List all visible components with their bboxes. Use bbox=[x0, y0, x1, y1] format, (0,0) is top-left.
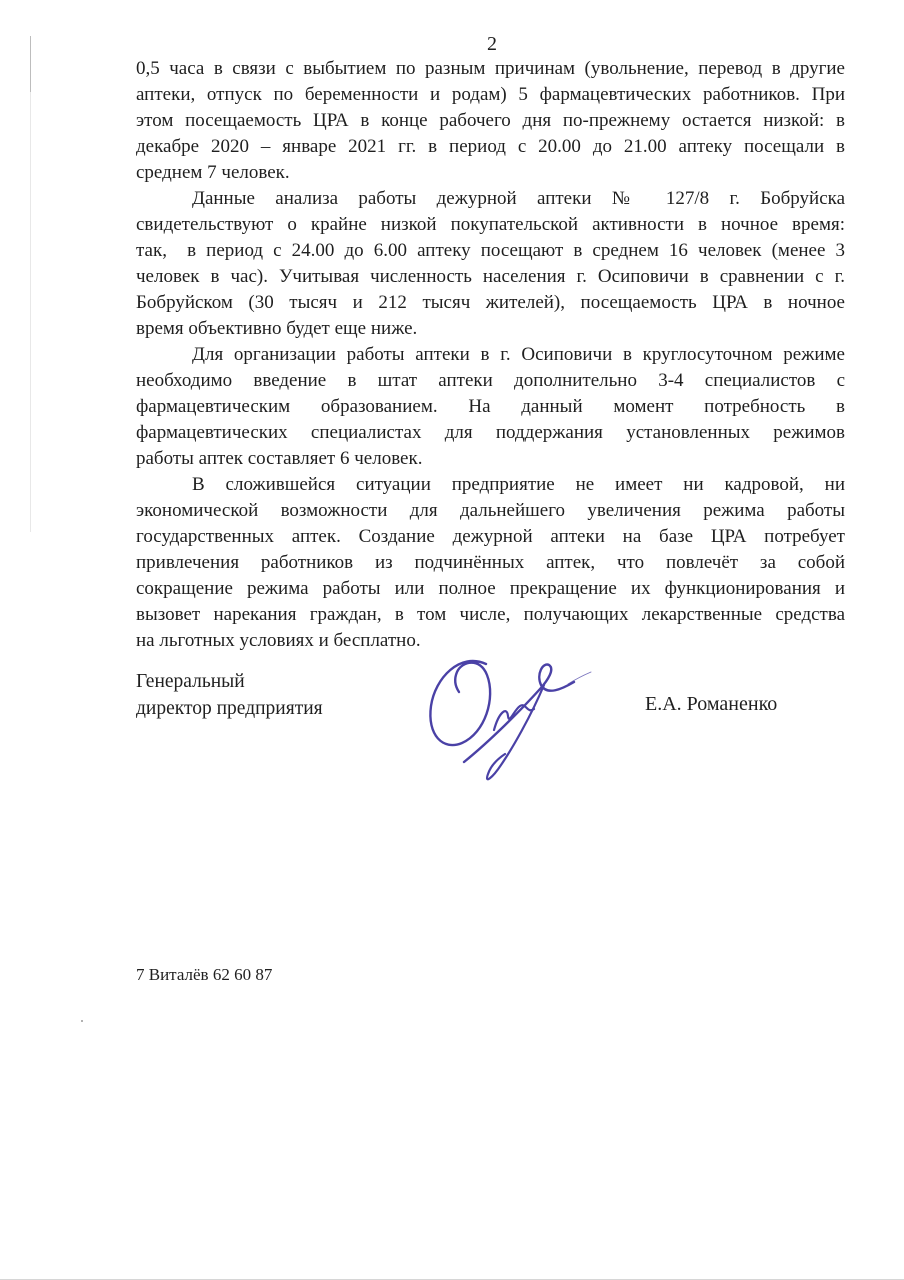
text-line: работы аптек составляет 6 человек. bbox=[136, 446, 845, 472]
text-line: Бобруйском (30 тысяч и 212 тысяч жителей… bbox=[136, 290, 845, 316]
text-line: аптеки, отпуск по беременности и родам) … bbox=[136, 82, 845, 108]
text-line: время объективно будет еще ниже. bbox=[136, 316, 845, 342]
text-line: государственных аптек. Создание дежурной… bbox=[136, 524, 845, 550]
text-line: экономической возможности для дальнейшег… bbox=[136, 498, 845, 524]
text-line: среднем 7 человек. bbox=[136, 160, 845, 186]
text-line: человек в час). Учитывая численность нас… bbox=[136, 264, 845, 290]
text-line: свидетельствуют о крайне низкой покупате… bbox=[136, 212, 845, 238]
document-paragraphs: 0,5 часа в связи с выбытием по разным пр… bbox=[136, 56, 845, 654]
paragraph: Данные анализа работы дежурной аптеки № … bbox=[136, 186, 845, 342]
text-line: фармацевтическим образованием. На данный… bbox=[136, 394, 845, 420]
text-line: так, в период с 24.00 до 6.00 аптеку пос… bbox=[136, 238, 845, 264]
scanned-document-page: 2 0,5 часа в связи с выбытием по разным … bbox=[0, 0, 904, 1280]
paragraph: 0,5 часа в связи с выбытием по разным пр… bbox=[136, 56, 845, 186]
text-line: 0,5 часа в связи с выбытием по разным пр… bbox=[136, 56, 845, 82]
text-line: фармацевтических специалистах для поддер… bbox=[136, 420, 845, 446]
text-line: вызовет нарекания граждан, в том числе, … bbox=[136, 602, 845, 628]
executor-footer: 7 Виталёв 62 60 87 bbox=[136, 964, 272, 985]
scan-artifact-line bbox=[30, 92, 31, 532]
signatory-title-line1: Генеральный bbox=[136, 668, 323, 695]
text-line: этом посещаемость ЦРА в конце рабочего д… bbox=[136, 108, 845, 134]
text-line: необходимо введение в штат аптеки дополн… bbox=[136, 368, 845, 394]
text-line: привлечения работников из подчинённых ап… bbox=[136, 550, 845, 576]
text-line: декабре 2020 – январе 2021 гг. в период … bbox=[136, 134, 845, 160]
text-line: В сложившейся ситуации предприятие не им… bbox=[136, 472, 845, 498]
signatory-name: Е.А. Романенко bbox=[645, 692, 777, 716]
handwritten-signature-icon bbox=[408, 648, 593, 788]
text-line: Данные анализа работы дежурной аптеки № … bbox=[136, 186, 845, 212]
signatory-title: Генеральный директор предприятия bbox=[136, 668, 323, 722]
signatory-title-line2: директор предприятия bbox=[136, 695, 323, 722]
paragraph: В сложившейся ситуации предприятие не им… bbox=[136, 472, 845, 654]
scan-artifact-line bbox=[30, 36, 31, 92]
paragraph: Для организации работы аптеки в г. Осипо… bbox=[136, 342, 845, 472]
text-line: сокращение режима работы или полное прек… bbox=[136, 576, 845, 602]
page-number: 2 bbox=[136, 32, 848, 56]
scan-artifact-speck bbox=[81, 1020, 83, 1022]
text-line: Для организации работы аптеки в г. Осипо… bbox=[136, 342, 845, 368]
